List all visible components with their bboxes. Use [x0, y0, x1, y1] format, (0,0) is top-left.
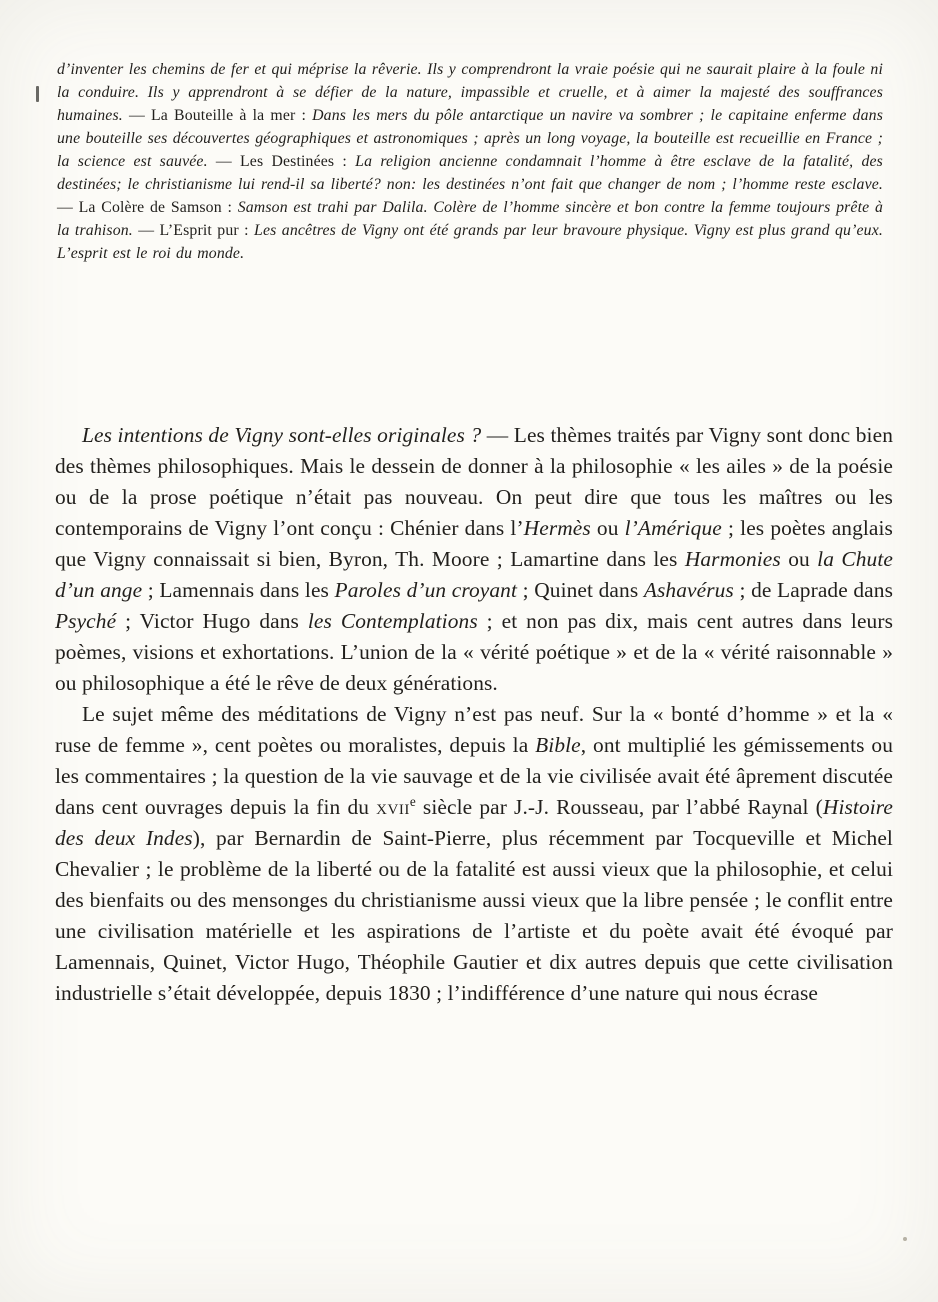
- work-title-run: Hermès: [524, 516, 591, 540]
- chapter-summary-block: d’inventer les chemins de fer et qui mép…: [57, 58, 883, 265]
- work-title-run: l’Amérique: [625, 516, 722, 540]
- paragraph-intentions: Les intentions de Vigny sont-elles origi…: [55, 420, 893, 699]
- work-title-run: Bible: [535, 733, 581, 757]
- work-title-run: Paroles d’un croyant: [335, 578, 517, 602]
- poem-title-run: — La Colère de Samson :: [57, 199, 238, 216]
- work-title-run: Psyché: [55, 609, 116, 633]
- book-page: d’inventer les chemins de fer et qui mép…: [0, 0, 938, 1302]
- question-run: Les intentions de Vigny sont-elles origi…: [82, 423, 487, 447]
- poem-title-run: — La Bouteille à la mer :: [123, 107, 312, 124]
- century-smallcaps-run: xvii: [376, 795, 410, 819]
- main-text-column: Les intentions de Vigny sont-elles origi…: [55, 420, 893, 1009]
- text-run: ), par Bernardin de Saint-Pierre, plus r…: [55, 826, 893, 1005]
- text-run: ou: [591, 516, 625, 540]
- paragraph-sujet: Le sujet même des méditations de Vigny n…: [55, 699, 893, 1009]
- work-title-run: Harmonies: [685, 547, 781, 571]
- work-title-run: les Contemplations: [308, 609, 478, 633]
- poem-title-run: — Les Destinées :: [208, 153, 355, 170]
- text-run: ; Lamennais dans les: [142, 578, 334, 602]
- work-title-run: Ashavérus: [644, 578, 734, 602]
- text-run: ou: [781, 547, 817, 571]
- text-run: siècle par J.-J. Rousseau, par l’abbé Ra…: [416, 795, 823, 819]
- scan-speck: [903, 1237, 907, 1241]
- text-run: ; de Laprade dans: [734, 578, 893, 602]
- text-run: ; Victor Hugo dans: [116, 609, 308, 633]
- scan-artifact-mark: [36, 86, 39, 102]
- text-run: ; Quinet dans: [517, 578, 644, 602]
- poem-title-run: — L’Esprit pur :: [133, 222, 254, 239]
